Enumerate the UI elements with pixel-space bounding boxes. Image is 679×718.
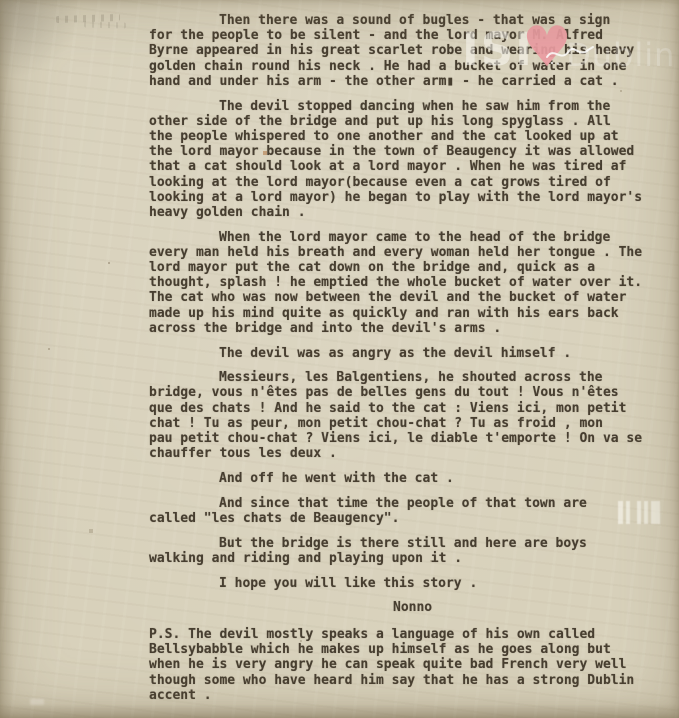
paragraph-4: The devil was as angry as the devil hims… xyxy=(149,346,659,361)
paragraph-6: And off he went with the cat . xyxy=(149,471,659,486)
paragraph-8: But the bridge is there still and here a… xyxy=(149,536,659,566)
postscript: P.S. The devil mostly speaks a language … xyxy=(149,627,659,703)
paragraph-3: When the lord mayor came to the head of … xyxy=(149,230,659,336)
letter-body: Then there was a sound of bugles - that … xyxy=(0,0,679,718)
paragraph-2: The devil stopped dancing when he saw hi… xyxy=(149,99,659,221)
paragraph-5: Messieurs, les Balgentiens, he shouted a… xyxy=(149,370,659,461)
letter-page: Then there was a sound of bugles - that … xyxy=(0,0,679,718)
signature: Nonno xyxy=(393,600,659,615)
paragraph-9: I hope you will like this story . xyxy=(149,576,659,591)
paragraph-1: Then there was a sound of bugles - that … xyxy=(149,13,659,89)
paragraph-7: And since that time the people of that t… xyxy=(149,496,659,526)
